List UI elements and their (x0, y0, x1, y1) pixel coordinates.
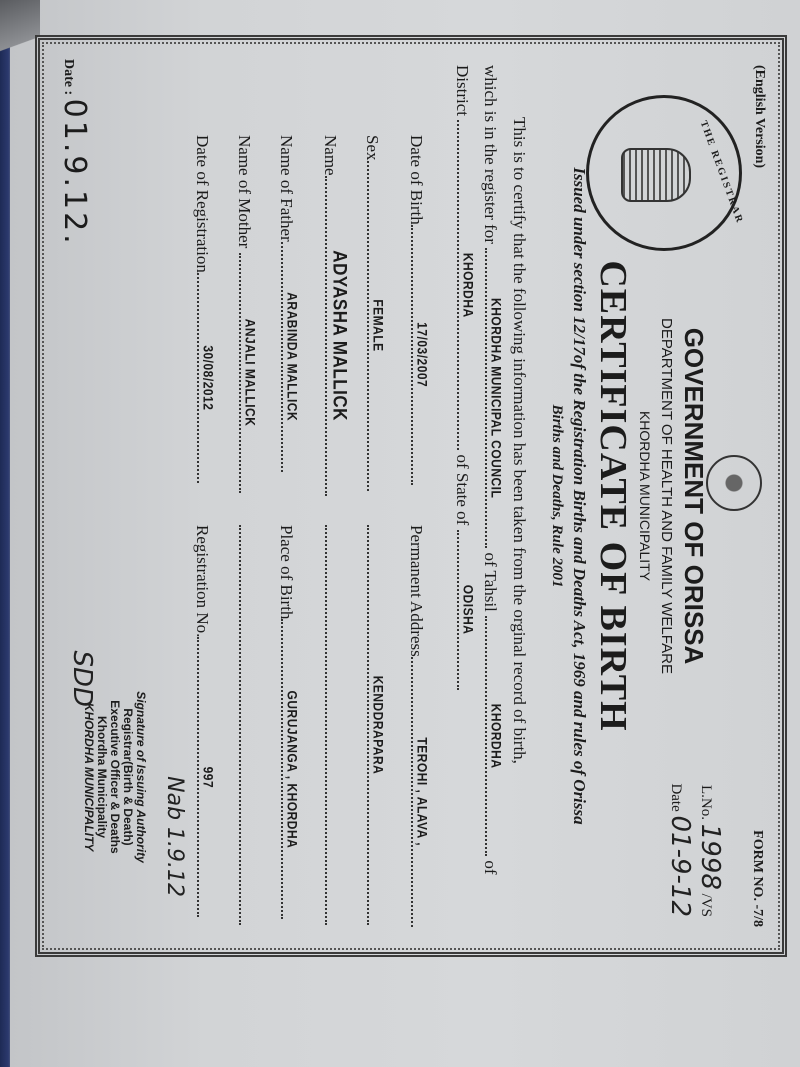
executive-officer-line: Executive Officer & Deaths (108, 637, 121, 917)
place-of-birth-field-2 (239, 525, 255, 925)
address-field-1: TEROHI , ALAVA , (411, 657, 427, 927)
sex-row: SexFEMALE (362, 135, 383, 491)
register-for-label: which is in the register for (481, 65, 500, 244)
registration-number-field: 997 (197, 637, 213, 917)
register-for-field: KHORDHA MUNICIPAL COUNCIL (485, 248, 501, 548)
form-number: FORM NO. -7/8 (749, 830, 765, 927)
name-row: NameADYASHA MALLICK (320, 135, 341, 496)
dob-row: Date of Birth17/03/2007 (406, 135, 427, 485)
registration-number-row: Registration No.997 (192, 525, 213, 917)
address-field-2: KENDDRAPARA (367, 525, 383, 925)
name-field: ADYASHA MALLICK (325, 176, 341, 496)
desk-corner (0, 0, 40, 70)
registration-date-value: 30/08/2012 (200, 273, 216, 483)
of-label: of (481, 860, 500, 874)
place-of-birth-row: Place of BirthGURUJANGA , KHORDHA (276, 525, 297, 919)
district-label: District (453, 65, 472, 116)
footer-date: Date : 01.9.12. (57, 59, 92, 247)
address-row: Permanent AddressTEROHI , ALAVA , (406, 525, 427, 927)
municipality-heading: KHORDHA MUNICIPALITY (637, 35, 653, 957)
footer-date-value: 01.9.12. (57, 99, 92, 247)
stamp-initials: SDD (67, 650, 97, 707)
address-value-2: KENDDRAPARA (370, 525, 386, 925)
registration-date-row: Date of Registration30/08/2012 (192, 135, 213, 483)
registration-date-label: Date of Registration (193, 135, 212, 273)
district-value: KHORDHA (460, 120, 476, 450)
place-of-birth-field: GURUJANGA , KHORDHA (281, 619, 297, 919)
rule-text: Births and Deaths, Rule 2001 (548, 35, 565, 957)
footer-date-label: Date : (61, 59, 76, 95)
department-heading: DEPARTMENT OF HEALTH AND FAMILY WELFARE (658, 35, 675, 957)
dob-label: Date of Birth (407, 135, 426, 225)
address-field-3 (325, 525, 341, 925)
address-row-3 (320, 525, 341, 925)
address-value-1: TEROHI , ALAVA , (414, 657, 430, 927)
father-row: Name of FatherARABINDA MALLICK (276, 135, 297, 472)
mother-value: ANJALI MALLICK (242, 253, 258, 493)
government-heading: GOVERNMENT OF ORISSA (678, 35, 709, 957)
address-row-2: KENDDRAPARA (362, 525, 383, 925)
sex-value: FEMALE (370, 161, 386, 491)
tahsil-label: of Tahsil (481, 552, 500, 611)
address-label: Permanent Address (407, 525, 426, 657)
state-emblem-icon (706, 455, 762, 511)
dob-field: 17/03/2007 (411, 225, 427, 485)
state-label: of State of (453, 455, 472, 526)
certify-line-1: This is to certify that the following in… (509, 117, 529, 764)
district-field: KHORDHA (457, 120, 473, 450)
name-label: Name (321, 135, 340, 176)
registration-date-field: 30/08/2012 (197, 273, 213, 483)
dob-value: 17/03/2007 (414, 225, 430, 485)
place-of-birth-row-2 (234, 525, 255, 925)
registration-number-label: Registration No. (193, 525, 212, 637)
version-label: (English Version) (751, 65, 767, 168)
name-value: ADYASHA MALLICK (328, 176, 351, 496)
registrar-line: Registrar(Birth & Death) (121, 637, 134, 917)
tahsil-value: KHORDHA (488, 616, 504, 856)
mother-label: Name of Mother (235, 135, 254, 248)
district-line: District KHORDHA of State of ODISHA (452, 65, 473, 690)
mother-field: ANJALI MALLICK (239, 253, 255, 493)
birth-certificate: (English Version) FORM NO. -7/8 L.No. 19… (35, 35, 787, 957)
registration-number-value: 997 (200, 637, 216, 917)
signature-title: Signature of Issuing Authority (134, 637, 147, 917)
sex-label: Sex (363, 135, 382, 161)
father-label: Name of Father (277, 135, 296, 242)
father-field: ARABINDA MALLICK (281, 242, 297, 472)
certify-line-2: which is in the register for KHORDHA MUN… (480, 65, 501, 875)
signature-scrawl: Nab 1.9.12 (162, 776, 187, 897)
register-for-value: KHORDHA MUNICIPAL COUNCIL (488, 248, 504, 548)
place-of-birth-value: GURUJANGA , KHORDHA (284, 619, 300, 919)
state-field: ODISHA (457, 530, 473, 690)
tahsil-field: KHORDHA (485, 616, 501, 856)
state-value: ODISHA (460, 530, 476, 690)
sex-field: FEMALE (367, 161, 383, 491)
certificate-title: CERTIFICATE OF BIRTH (591, 35, 635, 957)
father-value: ARABINDA MALLICK (284, 242, 300, 472)
place-of-birth-label: Place of Birth (277, 525, 296, 619)
mother-row: Name of Mother ANJALI MALLICK (234, 135, 255, 493)
issued-under-text: Issued under section 12/17of the Registr… (569, 59, 589, 933)
